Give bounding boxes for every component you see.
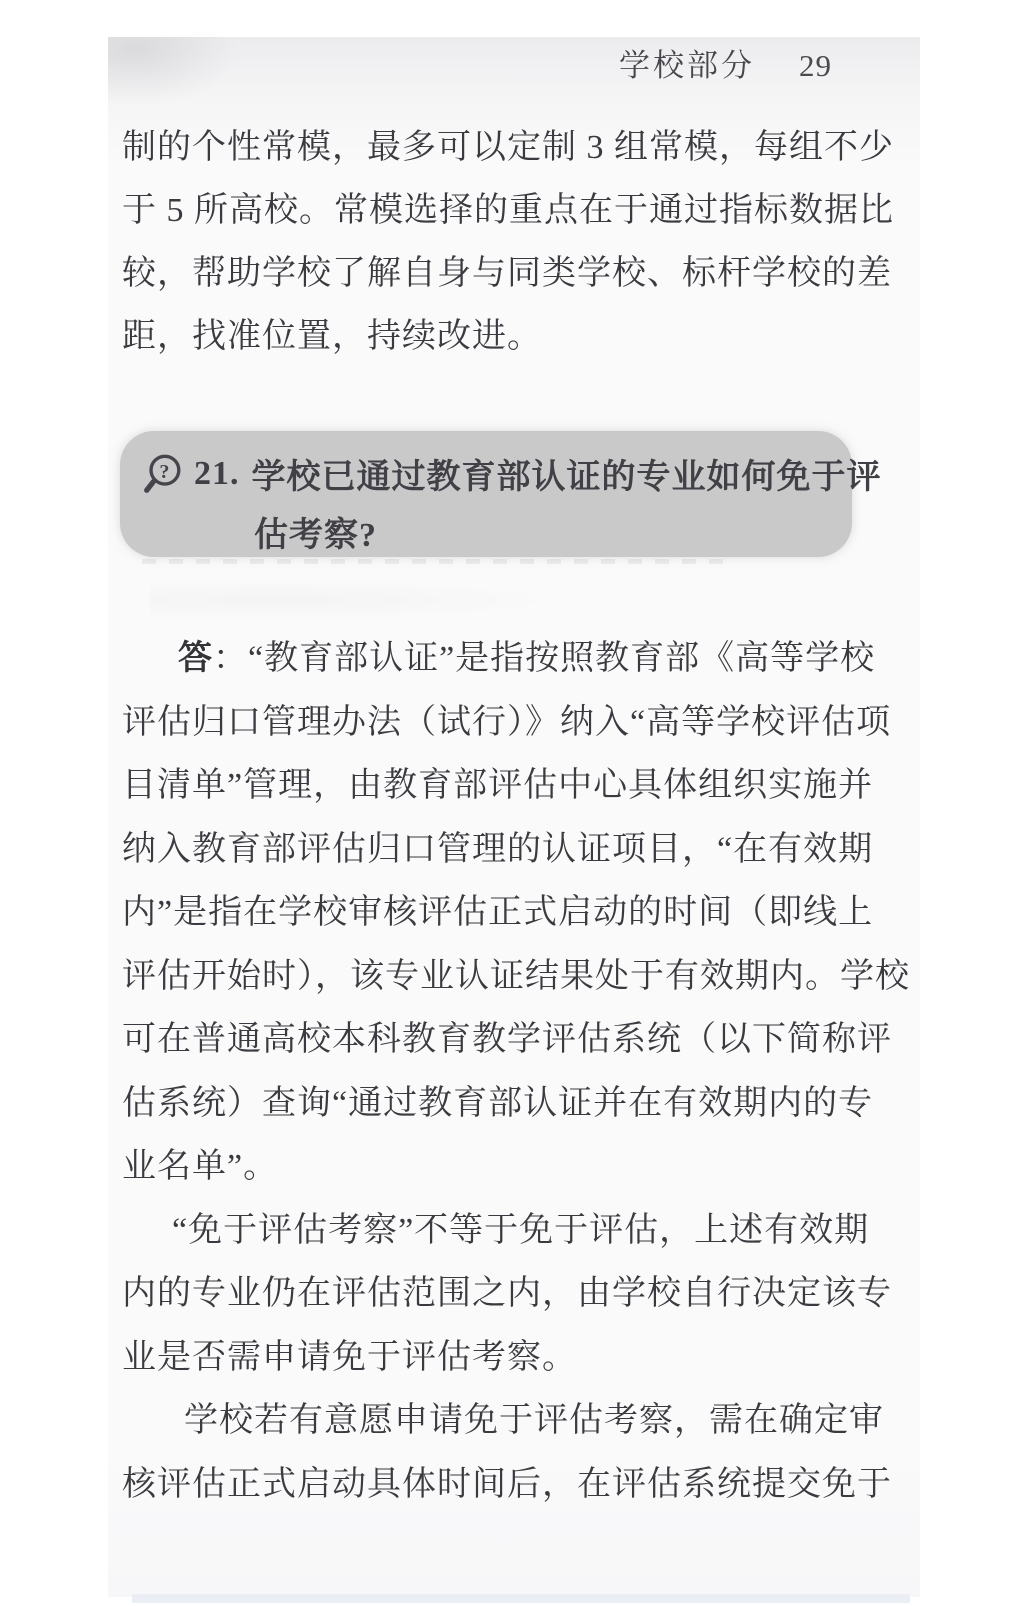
answer-line: 内的专业仍在评估范围之内，由学校自行决定该专 <box>122 1262 866 1326</box>
answer-line: “免于评估考察”不等于免于评估，上述有效期 <box>122 1199 866 1263</box>
answer-line: 纳入教育部评估归口管理的认证项目，“在有效期 <box>122 818 866 882</box>
svg-text:?: ? <box>159 460 170 482</box>
intro-line: 制的个性常模，最多可以定制 3 组常模，每组不少 <box>122 116 866 179</box>
intro-line: 于 5 所高校。常模选择的重点在于通过指标数据比 <box>122 179 866 242</box>
intro-paragraph: 制的个性常模，最多可以定制 3 组常模，每组不少 于 5 所高校。常模选择的重点… <box>122 116 866 368</box>
answer-line-text: ：“教育部认证”是指按照教育部《高等学校 <box>213 640 875 677</box>
question-magnifier-icon: ? <box>140 451 186 497</box>
answer-line: 可在普通高校本科教育教学评估系统（以下简称评 <box>122 1008 866 1072</box>
question-line-2: 估考察? <box>254 507 377 556</box>
question-box: ? 21. 学校已通过教育部认证的专业如何免于评 估考察? <box>120 431 852 557</box>
answer-line: 核评估正式启动具体时间后，在评估系统提交免于 <box>122 1453 866 1517</box>
answer-line: 估系统）查询“通过教育部认证并在有效期内的专 <box>122 1072 866 1136</box>
answer-line: 评估开始时），该专业认证结果处于有效期内。学校 <box>122 945 866 1009</box>
answer-label: 答 <box>178 640 213 677</box>
page-number: 29 <box>799 48 832 83</box>
answer-line: 答：“教育部认证”是指按照教育部《高等学校 <box>122 627 866 691</box>
answer-line: 目清单”管理，由教育部评估中心具体组织实施并 <box>122 754 866 818</box>
answer-block: 答：“教育部认证”是指按照教育部《高等学校 评估归口管理办法（试行）》纳入“高等… <box>122 627 866 1516</box>
question-text: 学校已通过教育部认证的专业如何免于评 <box>252 449 882 498</box>
scan-bleed-artifact <box>142 559 732 564</box>
intro-line: 距，找准位置，持续改进。 <box>122 305 866 368</box>
scan-edge-shadow <box>132 1594 910 1603</box>
section-title: 学校部分 <box>619 48 755 83</box>
answer-line: 内”是指在学校审核评估正式启动的时间（即线上 <box>122 881 866 945</box>
scan-bleed-smudge <box>150 580 570 620</box>
answer-line: 业名单”。 <box>122 1135 866 1199</box>
answer-line: 业是否需申请免于评估考察。 <box>122 1326 866 1390</box>
question-line-1: ? 21. 学校已通过教育部认证的专业如何免于评 <box>140 449 882 498</box>
question-number: 21. <box>194 455 240 493</box>
answer-line: 学校若有意愿申请免于评估考察，需在确定审 <box>122 1389 866 1453</box>
page-header: 学校部分29 <box>108 40 832 85</box>
intro-line: 较，帮助学校了解自身与同类学校、标杆学校的差 <box>122 242 866 305</box>
answer-line: 评估归口管理办法（试行）》纳入“高等学校评估项 <box>122 691 866 755</box>
